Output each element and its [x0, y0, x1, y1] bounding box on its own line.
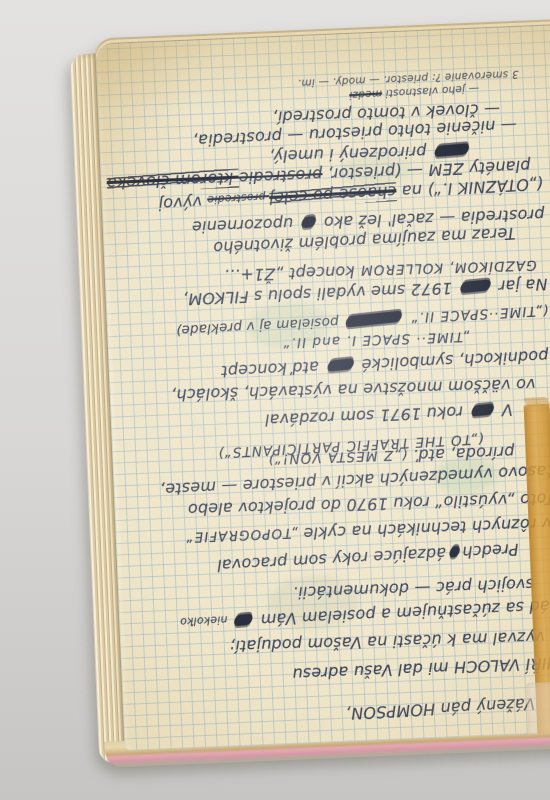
- handwritten-text: upozornenie: [192, 214, 299, 237]
- strikethrough-text: chaose po celej: [269, 182, 397, 208]
- handwritten-text: roku 1971 som rozdával: [265, 402, 469, 430]
- handwritten-text: vývoj: [158, 192, 208, 214]
- ink-scribble: [300, 216, 317, 229]
- handwritten-text: niekoľko: [180, 613, 232, 628]
- handwritten-text: a vyzval ma k účasti na Vašom podujatí;: [229, 627, 550, 656]
- handwritten-text: podnikoch, symbolické: [356, 347, 549, 375]
- handwritten-text: koncept „Ž1+…: [224, 262, 361, 285]
- handwritten-text: V: [496, 400, 513, 420]
- handwritten-text: Predch: [462, 540, 519, 562]
- handwritten-line: Vážený pán HOMPSON,: [135, 694, 535, 735]
- notebook: Vážený pán HOMPSON,JIŘÍ VALOCH mi dal Va…: [69, 24, 550, 768]
- strikethrough-text: medzi: [349, 87, 382, 101]
- handwritten-text: v rôznych technikách na cykle: [298, 514, 550, 544]
- strikethrough-text: ktorom človeka: [106, 169, 239, 194]
- strikethrough-text: prostredie: [238, 165, 323, 188]
- notebook-page: Vážený pán HOMPSON,JIŘÍ VALOCH mi dal Va…: [95, 24, 550, 751]
- tape-remnant: [526, 681, 550, 737]
- handwritten-text: „TOPOGRAFIE“: [185, 524, 298, 545]
- handwritten-text: („TIME··SPACE II.“: [405, 302, 549, 326]
- handwritten-text: Na jar: [493, 275, 548, 296]
- handwritten-text: Vážený pán HOMPSON,: [345, 694, 535, 723]
- handwritten-line: JIŘÍ VALOCH mi dal Vašu adresu: [133, 654, 550, 690]
- ink-scribble: [434, 143, 471, 157]
- handwritten-text: JIŘÍ VALOCH mi dal Vašu adresu: [292, 654, 550, 684]
- ink-scribble: [233, 613, 253, 626]
- handwritten-text: ádzajúce roky som pracoval: [217, 544, 447, 575]
- ink-scribble: [470, 403, 494, 416]
- strikethrough-text: prostredie: [207, 190, 270, 206]
- ink-scribble: [459, 279, 491, 293]
- ink-scribble: [448, 546, 460, 558]
- handwritten-line: V roku 1971 som rozdával: [123, 400, 513, 435]
- handwritten-text: „TIME·· SPACE I. and II.“: [282, 328, 470, 351]
- letter-text-layer: Vážený pán HOMPSON,JIŘÍ VALOCH mi dal Va…: [97, 32, 550, 743]
- ink-scribble: [326, 358, 354, 372]
- handwritten-text: atď koncept: [221, 357, 325, 381]
- photo-backdrop: Vážený pán HOMPSON,JIŘÍ VALOCH mi dal Va…: [0, 0, 550, 800]
- handwritten-text: GAZDÍKOM, KOLLEROM: [360, 257, 537, 278]
- ink-scribble: [345, 311, 403, 328]
